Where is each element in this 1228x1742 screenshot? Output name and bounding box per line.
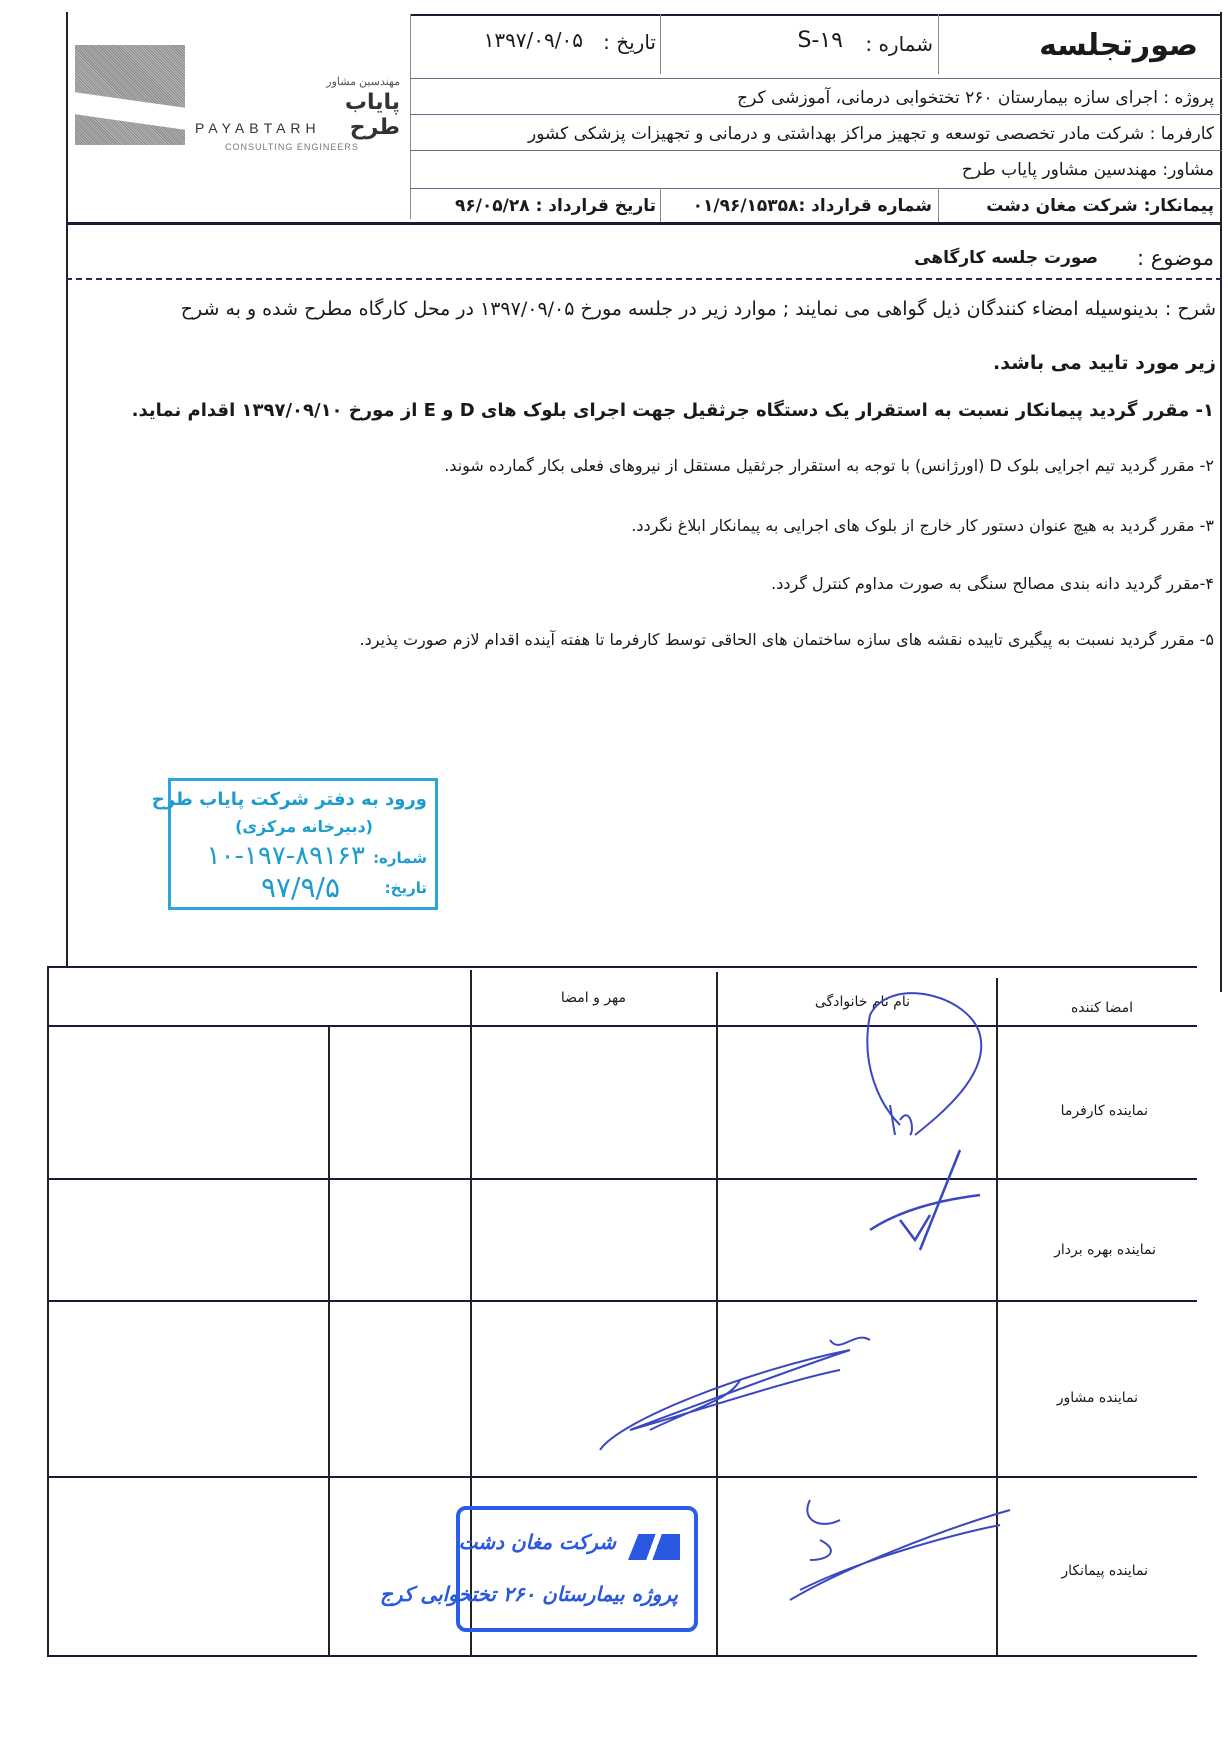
- logo-subtitle-fa: مهندسین مشاور: [285, 75, 400, 88]
- header-col-divider-mid1: [660, 14, 661, 74]
- receipt-stamp-line-1: ورود به دفتر شرکت پایاب طرح: [152, 789, 427, 810]
- contractor-stamp-line-1: شرکت مغان دشت: [459, 1530, 616, 1554]
- decision-item-5: ۵- مقرر گردید نسبت به پیگیری تاییده نقشه…: [360, 630, 1214, 649]
- description-line-1: شرح : بدینوسیله امضاء کنندگان ذیل گواهی …: [181, 298, 1216, 320]
- receipt-stamp-date-label: تاریخ:: [385, 879, 427, 897]
- decision-item-4: ۴-مقرر گردید دانه بندی مصالح سنگی به صور…: [771, 574, 1214, 593]
- decision-item-2: ۲- مقرر گردید تیم اجرایی بلوک D (اورژانس…: [444, 456, 1214, 475]
- document-page: مهندسین مشاور پایاب طرح PAYABTARH CONSUL…: [0, 0, 1228, 1742]
- header-signer: امضا کننده: [1071, 1000, 1133, 1016]
- date-label: تاریخ :: [603, 30, 656, 54]
- contractor-stamp-line-2: پروژه بیمارستان ۲۶۰ تختخوابی کرج: [380, 1582, 678, 1606]
- row-role-contractor: نماینده پیمانکار: [1061, 1563, 1148, 1579]
- table-bottom-border: [47, 1655, 1197, 1657]
- header-row-line-2: [410, 114, 1222, 115]
- description-line-2: زیر مورد تایید می باشد.: [993, 352, 1216, 374]
- table-header-bottom: [47, 1025, 1197, 1027]
- contract-date-field: تاریخ قرارداد : ۹۶/۰۵/۲۸: [455, 196, 656, 216]
- header-seal-signature: مهر و امضا: [561, 990, 626, 1006]
- logo-name-en: PAYABTARH: [195, 120, 321, 136]
- page-border-right: [1220, 12, 1222, 992]
- header-top-border: [410, 14, 1222, 16]
- header-row-line-4: [410, 188, 1222, 189]
- header-row-line-3: [410, 150, 1222, 151]
- table-col-line-a: [328, 1025, 330, 1656]
- header-row-line-1: [410, 78, 1222, 79]
- signature-contractor-icon: [780, 1490, 1020, 1610]
- table-row-line-3: [47, 1476, 1197, 1478]
- contractor-logo-icon: [628, 1534, 680, 1560]
- row-role-employer: نماینده کارفرما: [1061, 1103, 1148, 1119]
- header-col-divider-bottom1: [660, 188, 661, 223]
- header-col-divider-mid2: [938, 14, 939, 74]
- logo-mark-icon: [75, 45, 185, 145]
- receipt-stamp-line-2: (دبیرخانه مرکزی): [235, 817, 373, 836]
- row-role-consultant: نماینده مشاور: [1057, 1390, 1138, 1406]
- contractor-field: پیمانکار: شرکت مغان دشت: [986, 196, 1214, 216]
- subject-label: موضوع :: [1137, 246, 1214, 270]
- receipt-stamp: ورود به دفتر شرکت پایاب طرح (دبیرخانه مر…: [168, 778, 438, 910]
- header-bottom-border: [66, 222, 1222, 225]
- number-value: S-۱۹: [797, 28, 843, 53]
- receipt-stamp-date-value: ۹۷/۹/۵: [261, 871, 340, 904]
- number-label: شماره :: [865, 32, 933, 56]
- page-border-left: [66, 12, 68, 967]
- table-row-line-2: [47, 1300, 1197, 1302]
- company-logo: مهندسین مشاور پایاب طرح PAYABTARH CONSUL…: [70, 40, 400, 160]
- project-field: پروژه : اجرای سازه بیمارستان ۲۶۰ تختخواب…: [737, 88, 1214, 108]
- subject-value: صورت جلسه کارگاهی: [914, 248, 1098, 268]
- employer-field: کارفرما : شرکت مادر تخصصی توسعه و تجهیز …: [528, 124, 1214, 144]
- header-col-divider-bottom2: [938, 188, 939, 223]
- consultant-field: مشاور: مهندسین مشاور پایاب طرح: [962, 160, 1214, 180]
- signature-employer-icon: [820, 985, 1000, 1165]
- contractor-stamp: شرکت مغان دشت پروژه بیمارستان ۲۶۰ تختخوا…: [456, 1506, 698, 1632]
- receipt-stamp-number-label: شماره:: [373, 849, 427, 867]
- contract-number-field: شماره قرارداد :۰۱/۹۶/۱۵۳۵۸: [693, 196, 932, 216]
- date-value: ۱۳۹۷/۰۹/۰۵: [484, 28, 583, 52]
- table-row-line-1: [47, 1178, 1197, 1180]
- table-border-left: [47, 966, 49, 1656]
- decision-item-1: ۱- مقرر گردید پیمانکار نسبت به استقرار ی…: [132, 400, 1214, 421]
- row-role-operator: نماینده بهره بردار: [1054, 1242, 1156, 1258]
- decision-item-3: ۳- مقرر گردید به هیچ عنوان دستور کار خار…: [631, 516, 1214, 535]
- table-top-border: [47, 966, 1197, 968]
- signature-consultant-icon: [590, 1310, 910, 1460]
- document-title: صورتجلسه: [1039, 28, 1198, 63]
- subject-divider: [66, 278, 1222, 280]
- logo-tagline-en: CONSULTING ENGINEERS: [225, 142, 359, 152]
- receipt-stamp-number-value: ۱۰-۱۹۷-۸۹۱۶۳: [207, 841, 365, 871]
- signature-operator-icon: [860, 1140, 1000, 1280]
